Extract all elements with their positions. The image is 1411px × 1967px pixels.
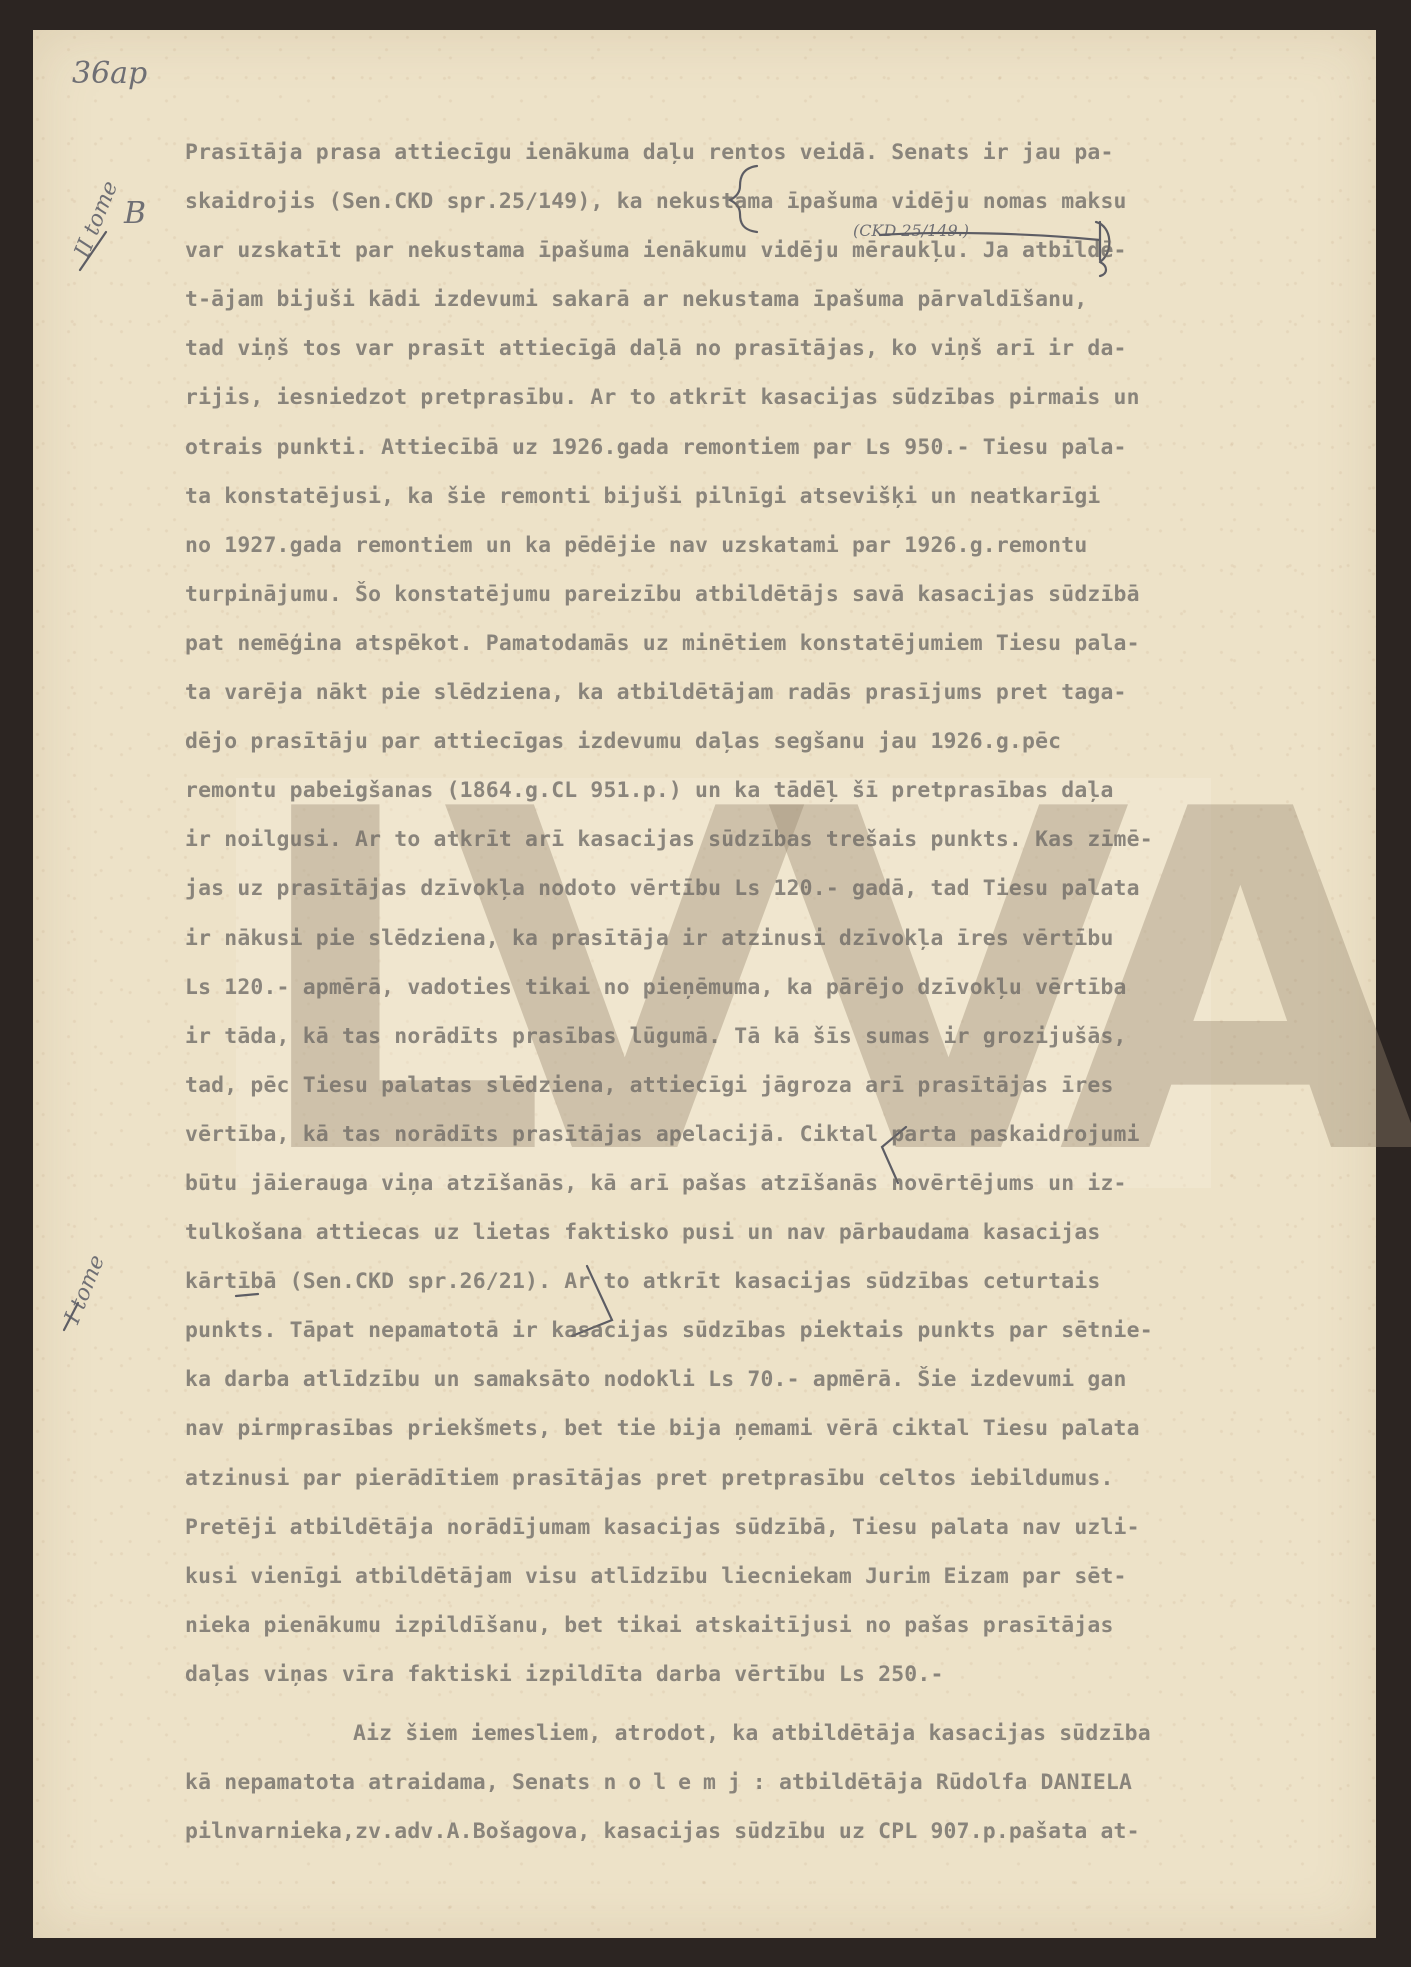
text-line: nieka pienākumu izpildīšanu, bet tikai a… (185, 1601, 1315, 1650)
text-line: tulkošana attiecas uz lietas faktisko pu… (185, 1208, 1315, 1257)
ruling-word: nolemj (604, 1770, 753, 1795)
closing-line-1: Aiz šiem iemesliem, atrodot, ka atbildēt… (185, 1709, 1315, 1758)
text-line: vērtība, kā tas norādīts prasītājas apel… (185, 1110, 1315, 1159)
text-line: rijis, iesniedzot pretprasību. Ar to atk… (185, 373, 1315, 422)
text-line: kārtībā (Sen.CKD spr.26/21). Ar to atkrī… (185, 1257, 1315, 1306)
text-line: punkts. Tāpat nepamatotā ir kasacijas sū… (185, 1306, 1315, 1355)
text-line: ta konstatējusi, ka šie remonti bijuši p… (185, 472, 1315, 521)
text-line: ir nākusi pie slēdziena, ka prasītāja ir… (185, 914, 1315, 963)
text-line: Pretēji atbildētāja norādījumam kasacija… (185, 1503, 1315, 1552)
handwritten-page-number: 36ap (72, 56, 147, 91)
text-line: ta varēja nākt pie slēdziena, ka atbildē… (185, 668, 1315, 717)
typed-body-text: Prasītāja prasa attiecīgu ienākuma daļu … (185, 128, 1315, 1856)
text-line: pat nemēģina atspēkot. Pamatodamās uz mi… (185, 619, 1315, 668)
text-line: Prasītāja prasa attiecīgu ienākuma daļu … (185, 128, 1315, 177)
text-line: t-ājam bijuši kādi izdevumi sakarā ar ne… (185, 275, 1315, 324)
text-line: turpinājumu. Šo konstatējumu pareizību a… (185, 570, 1315, 619)
text-line: kusi vienīgi atbildētājam visu atlīdzību… (185, 1552, 1315, 1601)
text-line: būtu jāierauga viņa atzīšanās, kā arī pa… (185, 1159, 1315, 1208)
text-line: dējo prasītāju par attiecīgas izdevumu d… (185, 717, 1315, 766)
text-line: daļas viņas vīra faktiski izpildīta darb… (185, 1650, 1315, 1699)
text-line: skaidrojis (Sen.CKD spr.25/149), ka neku… (185, 177, 1315, 226)
text-line: no 1927.gada remontiem un ka pēdējie nav… (185, 521, 1315, 570)
text-line: ka darba atlīdzību un samaksāto nodokli … (185, 1355, 1315, 1404)
closing-line-2: kā nepamatota atraidama, Senats nolemj: … (185, 1758, 1315, 1807)
text-line: ir noilgusi. Ar to atkrīt arī kasacijas … (185, 815, 1315, 864)
text-line: ir tāda, kā tas norādīts prasības lūgumā… (185, 1012, 1315, 1061)
margin-note-letter: B (124, 196, 146, 231)
closing-line-2-start: kā nepamatota atraidama, Senats (185, 1770, 604, 1795)
text-line: remontu pabeigšanas (1864.g.CL 951.p.) u… (185, 766, 1315, 815)
closing-line-2-end: : atbildētāja Rūdolfa DANIELA (753, 1770, 1132, 1795)
text-line: var uzskatīt par nekustama īpašuma ienāk… (185, 226, 1315, 275)
text-line: atzinusi par pierādītiem prasītājas pret… (185, 1454, 1315, 1503)
closing-line-3: pilnvarnieka,zv.adv.A.Bošagova, kasacija… (185, 1807, 1315, 1856)
text-line: tad, pēc Tiesu palatas slēdziena, attiec… (185, 1061, 1315, 1110)
text-line: tad viņš tos var prasīt attiecīgā daļā n… (185, 324, 1315, 373)
text-line: jas uz prasītājas dzīvokļa nodoto vērtīb… (185, 864, 1315, 913)
text-line: otrais punkti. Attiecībā uz 1926.gada re… (185, 423, 1315, 472)
text-line: nav pirmprasības priekšmets, bet tie bij… (185, 1404, 1315, 1453)
text-line: Ls 120.- apmērā, vadoties tikai no pieņē… (185, 963, 1315, 1012)
